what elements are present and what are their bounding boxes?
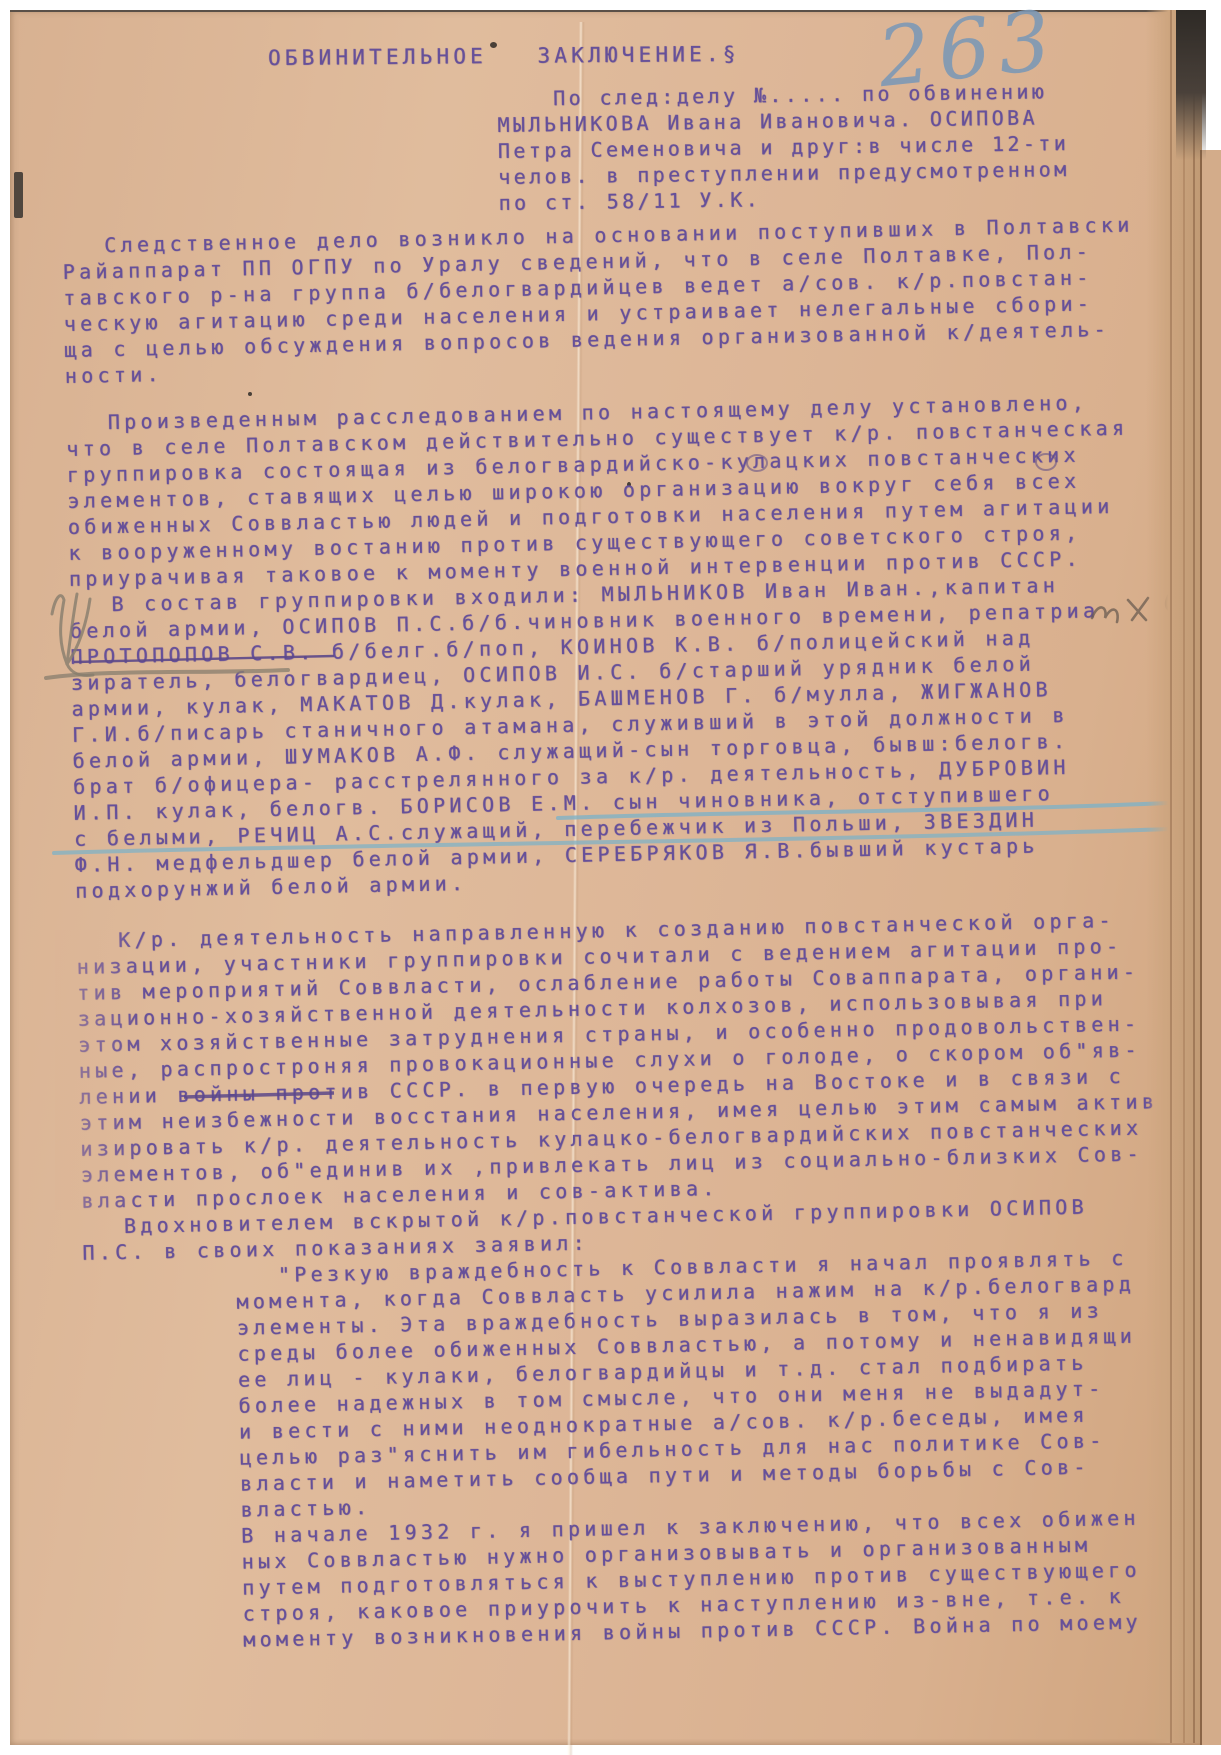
case-header-block: По след:делу №..... по обвинению МЫЛЬНИК… — [497, 78, 1070, 216]
adjacent-page-edge — [1200, 150, 1221, 1745]
page-number-handwritten: 263 — [874, 0, 1063, 106]
testimony-quote-block-2: В начале 1932 г. я пришел к заключению, … — [241, 1503, 1202, 1652]
page-left-edge-mark — [14, 172, 23, 218]
paragraph-members-list: В состав группировки входили: МЫЛЬНИКОВ … — [69, 570, 1187, 904]
screenshot-root: { "page": { "number": "263", "title": "О… — [0, 0, 1221, 1755]
testimony-quote-block-1: "Резкую враждебность к Соввласти я начал… — [236, 1243, 1200, 1522]
document-body-text: Следственное дело возникло на основании … — [62, 211, 1202, 1656]
binding-shadow — [1176, 10, 1206, 160]
paragraph-investigation: Произведенным расследованием по настояще… — [66, 388, 1181, 592]
document-title: ОБВИНИТЕЛЬНОЕ ЗАКЛЮЧЕНИЕ.§ — [268, 42, 740, 70]
paragraph-intro: Следственное дело возникло на основании … — [62, 211, 1177, 389]
paragraph-activity: К/р. деятельность направленную к создани… — [76, 906, 1194, 1214]
page-binding-edge — [1146, 10, 1202, 1743]
